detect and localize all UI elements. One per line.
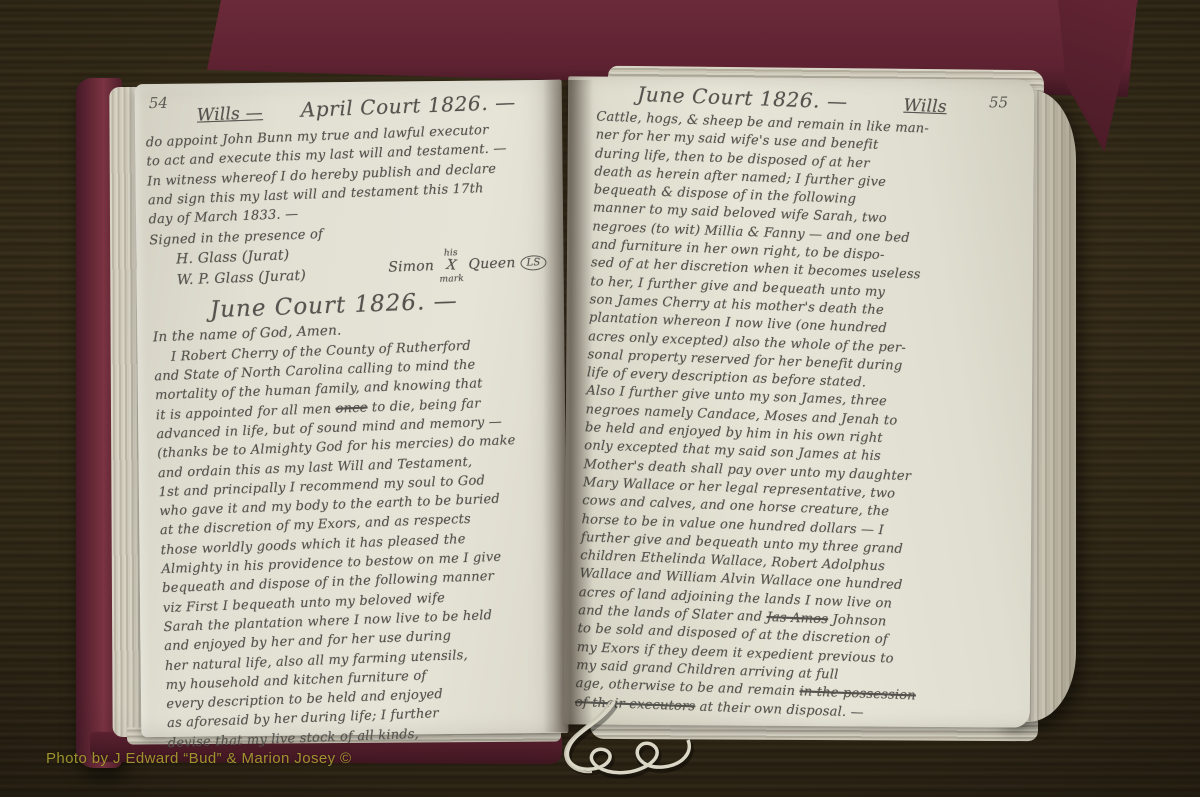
left-page: 54 Wills — April Court 1826. — do appoin…	[135, 80, 569, 737]
x-mark: X	[446, 258, 458, 273]
photo-credit-watermark: Photo by J Edward “Bud” & Marion Josey ©	[46, 750, 352, 767]
bookmark-string	[540, 700, 755, 796]
wills-heading: Wills —	[196, 103, 263, 125]
photo-of-will-book: 54 Wills — April Court 1826. — do appoin…	[0, 0, 1200, 797]
right-body-lines: Cattle, hogs, & sheep be and remain in l…	[575, 108, 1021, 727]
signature-surname: Queen	[468, 255, 516, 273]
left-body-lines: I Robert Cherry of the County of Rutherf…	[153, 333, 568, 753]
court-term-heading: June Court 1826. —	[637, 82, 848, 114]
left-page-manuscript: Wills — April Court 1826. — do appoint J…	[144, 87, 568, 753]
right-page-manuscript: June Court 1826. — Wills Cattle, hogs, &…	[575, 80, 1022, 727]
testator-signature: Simon his X mark Queen LS	[388, 246, 547, 284]
will-conclusion-lines: do appoint John Bunn my true and lawful …	[145, 119, 548, 230]
right-page: 55 June Court 1826. — Wills Cattle, hogs…	[564, 76, 1035, 727]
signature-given-name: Simon	[388, 258, 434, 276]
wills-heading: Wills	[903, 96, 947, 118]
court-term-heading: April Court 1826. —	[300, 90, 516, 122]
witness-names: H. Glass (Jurat)W. P. Glass (Jurat)	[176, 245, 307, 292]
book-gutter-shadow	[543, 80, 593, 732]
manuscript-line: W. P. Glass (Jurat)	[177, 266, 307, 292]
his-mark: his X mark	[438, 249, 464, 282]
